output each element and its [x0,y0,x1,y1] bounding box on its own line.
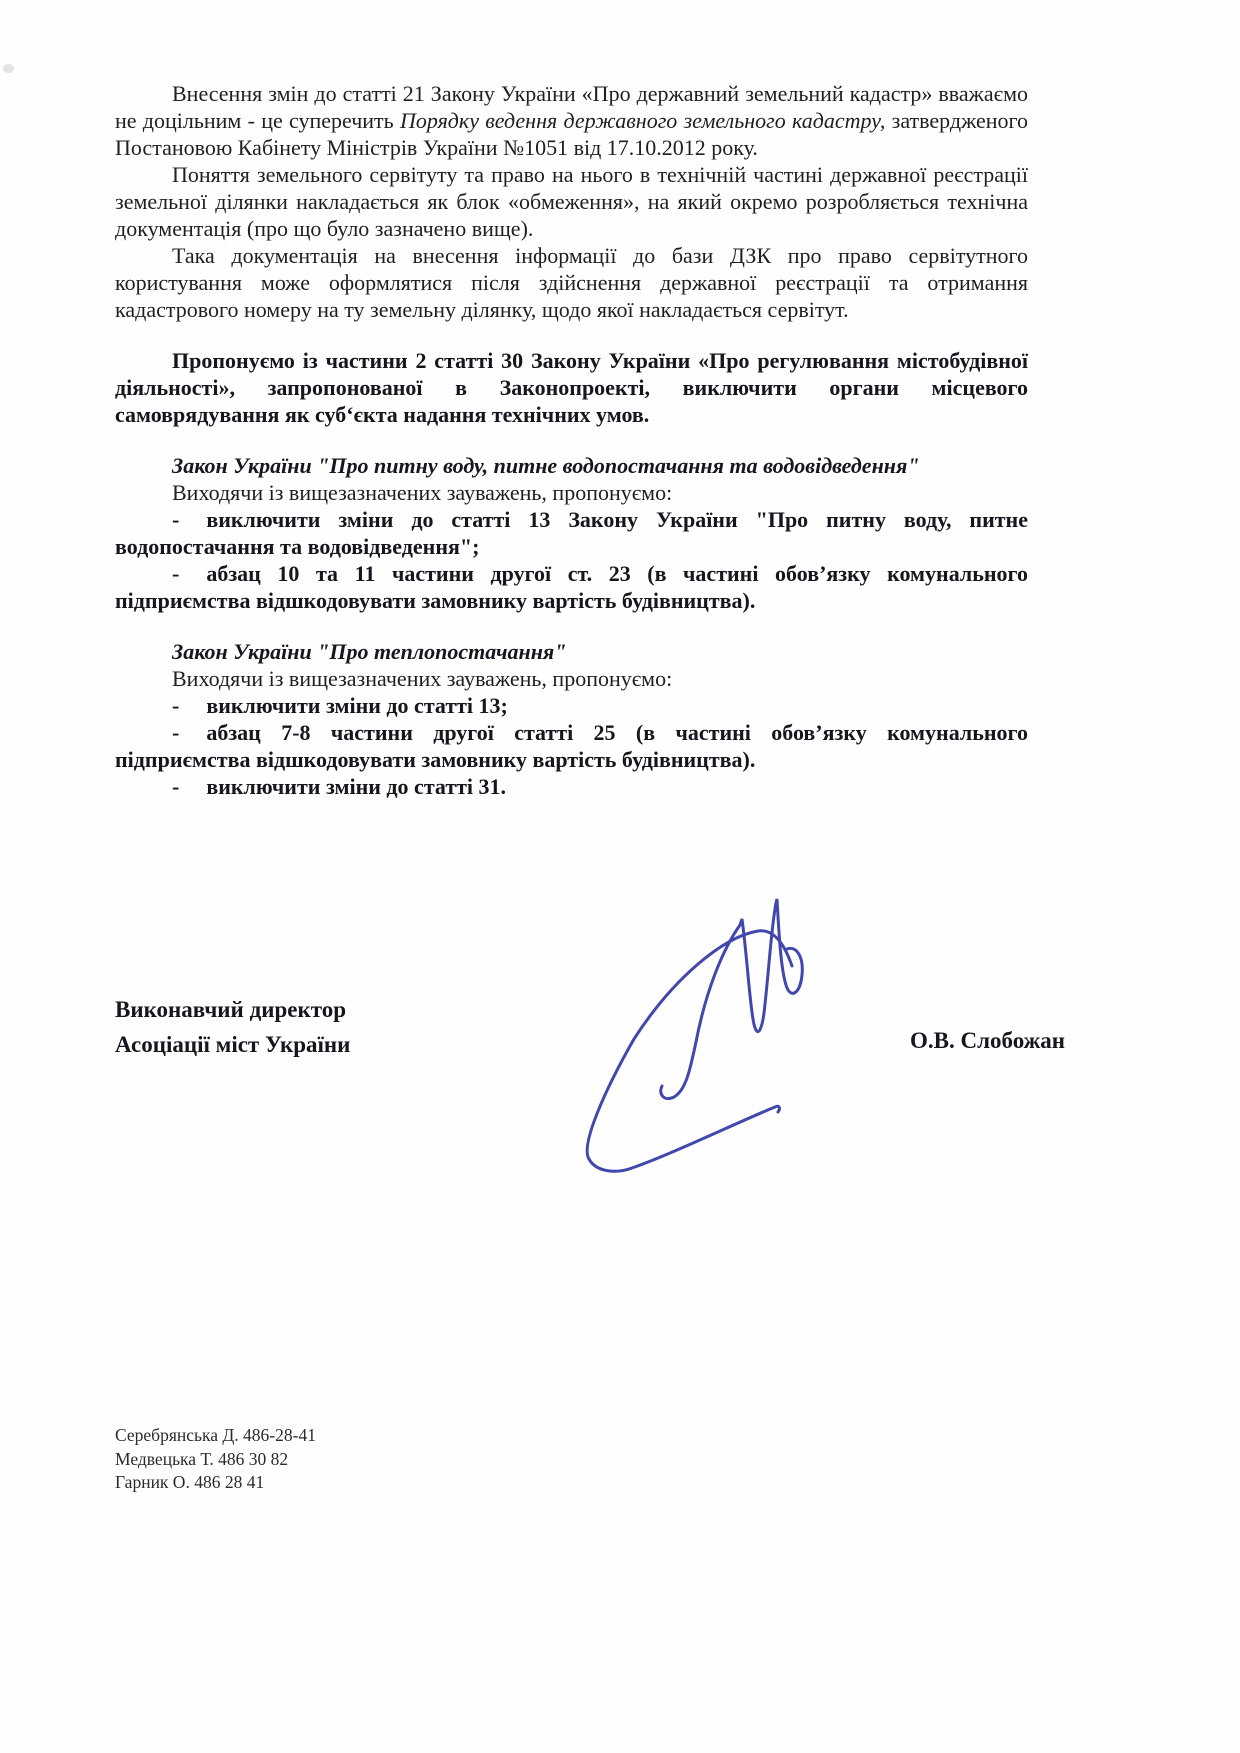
document-page: Внесення змін до статті 21 Закону Україн… [0,0,1240,1753]
intro-heat-law: Виходячи із вищезазначених зауважень, пр… [115,665,1028,692]
paragraph-dzk-documentation: Така документація на внесення інформації… [115,242,1028,323]
signatory-title: Виконавчий директор Асоціації міст Украї… [115,992,350,1062]
intro-water-law: Виходячи із вищезазначених зауважень, пр… [115,479,1028,506]
bullet-dash: - [172,720,179,745]
bullet-heat-article13: -виключити зміни до статті 13; [115,692,1028,719]
scan-artifact [3,64,14,73]
bullet-water-article13: -виключити зміни до статті 13 Закону Укр… [115,506,1028,560]
heading-water-law: Закон України "Про питну воду, питне вод… [115,452,1028,479]
bullet-heat-article31: -виключити зміни до статті 31. [115,773,1028,800]
contact-line: Медвецька Т. 486 30 82 [115,1448,316,1472]
bullet-heat-article25: -абзац 7-8 частини другої статті 25 (в ч… [115,719,1028,773]
signatory-name: О.В. Слобожан [910,1028,1065,1054]
signature-arc-stroke [587,931,792,1171]
handwritten-signature [520,798,820,1183]
contact-line: Серебрянська Д. 486-28-41 [115,1424,316,1448]
bullet-dash: - [172,507,179,532]
signatory-title-line2: Асоціації міст України [115,1027,350,1062]
contact-footer: Серебрянська Д. 486-28-41 Медвецька Т. 4… [115,1424,316,1495]
bullet-dash: - [172,561,179,586]
bullet-dash: - [172,693,179,718]
bullet-dash: - [172,774,179,799]
bullet-heat-article25-text: абзац 7-8 частини другої статті 25 (в ча… [115,720,1028,772]
bullet-water-article23-text: абзац 10 та 11 частини другої ст. 23 (в … [115,561,1028,613]
paragraph-servitude-concept: Поняття земельного сервітуту та право на… [115,161,1028,242]
paragraph-proposal-article30: Пропонуємо із частини 2 статті 30 Закону… [115,347,1028,428]
document-body: Внесення змін до статті 21 Закону Україн… [115,80,1028,800]
heading-heat-law: Закон України "Про теплопостачання" [115,638,1028,665]
paragraph-land-cadastre-italic: Порядку ведення державного земельного ка… [400,108,885,133]
bullet-water-article13-text: виключити зміни до статті 13 Закону Укра… [115,507,1028,559]
bullet-heat-article13-text: виключити зміни до статті 13; [206,693,508,718]
signature-m-stroke [661,899,803,1099]
contact-line: Гарник О. 486 28 41 [115,1471,316,1495]
paragraph-land-cadastre: Внесення змін до статті 21 Закону Україн… [115,80,1028,161]
bullet-heat-article31-text: виключити зміни до статті 31. [206,774,506,799]
bullet-water-article23: -абзац 10 та 11 частини другої ст. 23 (в… [115,560,1028,614]
signatory-title-line1: Виконавчий директор [115,992,350,1027]
